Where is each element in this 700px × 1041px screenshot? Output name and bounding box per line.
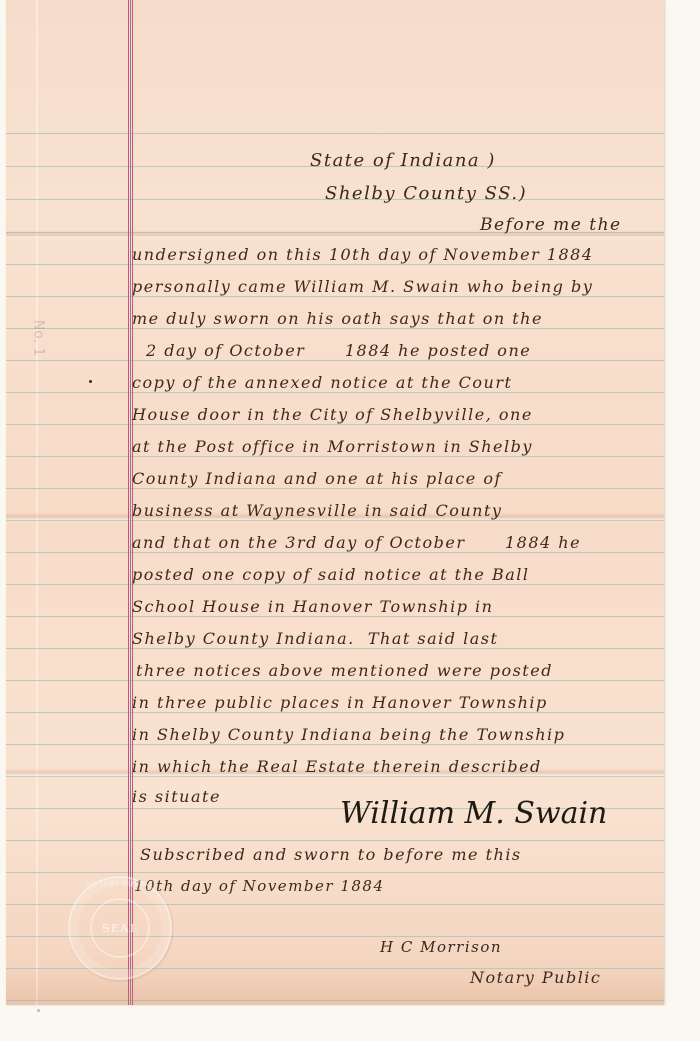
rule-line <box>6 744 664 745</box>
body-line-2: undersigned on this 10th day of November… <box>132 247 594 263</box>
rule-line <box>6 616 664 617</box>
margin-line-blue <box>130 0 131 1005</box>
body-line-11: and that on the 3rd day of October 1884 … <box>132 535 581 551</box>
rule-line <box>6 360 664 361</box>
rule-line <box>6 133 664 134</box>
notary-name: H C Morrison <box>380 940 502 955</box>
rule-line <box>6 584 664 585</box>
rule-line <box>6 264 664 265</box>
body-line-16: in three public places in Hanover Townsh… <box>132 695 548 711</box>
body-line-10: business at Waynesville in said County <box>132 503 502 519</box>
jurat-line-2: 10th day of November 1884 <box>134 879 385 894</box>
rule-line <box>6 424 664 425</box>
rule-line <box>6 392 664 393</box>
heading-county: Shelby County SS.) <box>325 185 527 203</box>
rule-line <box>6 296 664 297</box>
rule-line <box>6 488 664 489</box>
seal-ring-text: NOTARY PUBLIC <box>70 880 170 888</box>
body-line-4: me duly sworn on his oath says that on t… <box>132 311 543 327</box>
seal-center-text: SEAL <box>102 922 139 935</box>
paper-crease-vertical <box>36 0 38 1005</box>
rule-line <box>6 552 664 553</box>
affiant-signature: William M. Swain <box>340 796 607 831</box>
ink-speck <box>89 380 92 383</box>
body-line-1: Before me the <box>480 217 622 234</box>
body-line-3: personally came William M. Swain who bei… <box>132 279 593 295</box>
scanned-document: No. 1 State of Indiana ) Shelby County S… <box>0 0 700 1041</box>
body-line-17: in Shelby County Indiana being the Towns… <box>132 727 565 743</box>
margin-pencil-note: No. 1 <box>30 320 46 357</box>
body-line-14: Shelby County Indiana. That said last <box>132 631 498 647</box>
body-line-8: at the Post office in Morristown in Shel… <box>132 439 533 455</box>
jurat-line-1: Subscribed and sworn to before me this <box>140 847 522 863</box>
body-line-18: in which the Real Estate therein describ… <box>132 759 542 775</box>
ink-speck <box>37 1009 40 1012</box>
body-line-6: copy of the annexed notice at the Court <box>132 375 512 391</box>
rule-line <box>6 872 664 873</box>
rule-line <box>6 840 664 841</box>
notary-seal-emboss: NOTARY PUBLIC SEAL <box>68 876 172 980</box>
body-line-12: posted one copy of said notice at the Ba… <box>132 567 529 583</box>
rule-line <box>6 328 664 329</box>
body-line-13: School House in Hanover Township in <box>132 599 493 615</box>
body-line-9: County Indiana and one at his place of <box>132 471 502 487</box>
notary-title: Notary Public <box>470 970 601 986</box>
rule-line <box>6 1000 664 1001</box>
rule-line <box>6 456 664 457</box>
heading-state: State of Indiana ) <box>310 152 496 170</box>
rule-line <box>6 712 664 713</box>
rule-line <box>6 680 664 681</box>
body-line-19: is situate <box>132 789 221 805</box>
margin-line-red <box>128 0 129 1005</box>
body-line-7: House door in the City of Shelbyville, o… <box>132 407 533 423</box>
rule-line <box>6 648 664 649</box>
body-line-15: three notices above mentioned were poste… <box>136 663 553 679</box>
seal-center: SEAL <box>90 898 150 958</box>
body-line-5: 2 day of October 1884 he posted one <box>146 343 531 359</box>
